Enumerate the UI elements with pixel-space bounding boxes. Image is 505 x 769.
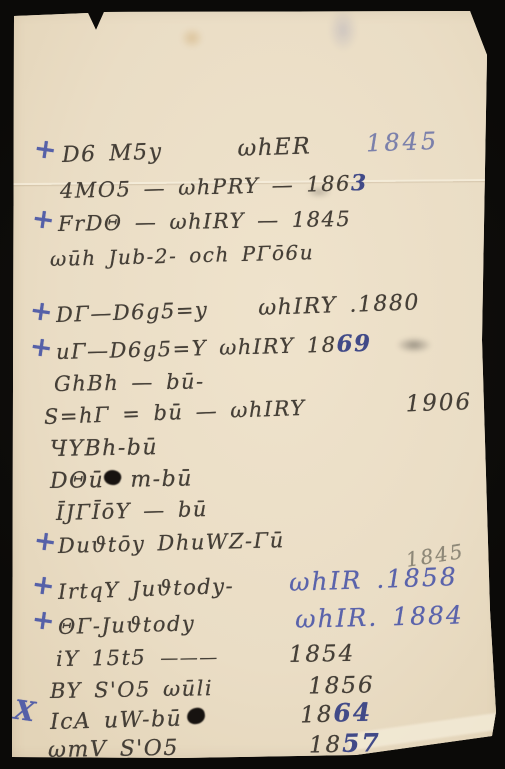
entry-15: iY 15t5———1854 xyxy=(56,641,356,672)
ink-segment: ωhIR .1858 xyxy=(289,562,459,597)
cross-marker: + xyxy=(30,205,56,235)
ink-segment: 1856 xyxy=(308,672,375,699)
paper: +D6 M5yωhER18454MO5 — ωhPRY — 1863+FrDΘ … xyxy=(0,0,505,769)
ink-segment: ΘΓ-Juϑtody xyxy=(58,611,196,639)
cross-marker: + xyxy=(28,333,54,363)
smudge-behind-1863 xyxy=(306,186,332,198)
ink-segment: m-bū xyxy=(130,467,193,493)
ink-segment: GhBh — bū- xyxy=(54,369,205,396)
ink-segment: IcA uW-bū xyxy=(50,707,183,735)
ink-segment: 18 xyxy=(300,702,334,729)
entry-12: Duϑtōy DhuWZ-Γū xyxy=(58,528,285,558)
entry-13: IrtqY Juϑtody-ωhIR .1858 xyxy=(57,562,458,605)
ink-segment: ЧYBh-bū xyxy=(50,435,158,462)
black-background: +D6 M5yωhER18454MO5 — ωhPRY — 1863+FrDΘ … xyxy=(0,0,505,769)
entry-9: ЧYBh-bū xyxy=(50,435,158,462)
entry-11: ĪJΓĪōY — bū xyxy=(56,497,208,525)
ink-segment: D6 M5y xyxy=(62,139,163,167)
ink-segment: 3 xyxy=(351,170,368,196)
ink-segment: 18 xyxy=(309,732,343,759)
ink-segment: Duϑtōy DhuWZ-Γū xyxy=(58,528,285,558)
ink-segment: 4MO5 — ωhPRY — 186 xyxy=(60,171,352,203)
smudge-behind-1869 xyxy=(396,337,432,353)
cross-marker: + xyxy=(28,297,54,327)
ink-segment: BY S'O5 ωūli xyxy=(50,676,214,703)
entry-8: S=hΓ = bū — ωhIRY1906 xyxy=(44,389,473,430)
entry-18: ωmV S'O51857 xyxy=(48,728,381,763)
entry-6: uΓ—D6g5=Y ωhIRY 1869 xyxy=(56,330,372,365)
ink-segment: ωhIRY .1880 xyxy=(258,290,420,321)
ink-segment: 1854 xyxy=(289,641,356,668)
cross-marker: + xyxy=(32,527,58,557)
entry-1: D6 M5yωhER1845 xyxy=(62,127,440,168)
ink-segment: ——— xyxy=(160,647,219,669)
tan-stain-top xyxy=(180,27,204,49)
entry-14: ΘΓ-JuϑtodyωhIR. 1884 xyxy=(58,600,465,640)
entry-7: GhBh — bū- xyxy=(54,369,205,396)
blue-smudge-top-right xyxy=(328,8,358,52)
ink-segment: iY 15t5 xyxy=(56,645,147,671)
cross-marker: + xyxy=(30,571,56,601)
ink-segment: S=hΓ = bū — ωhIRY xyxy=(44,396,307,429)
ink-segment: ωhER xyxy=(237,133,312,162)
ink-segment: uΓ—D6g5=Y ωhIRY 18 xyxy=(56,333,337,364)
ink-segment: IrtqY Juϑtody- xyxy=(58,574,235,604)
ink-segment: DΘū xyxy=(50,468,105,494)
entry-4: ωūh Jub-2- och PΓō6u xyxy=(50,240,315,271)
entry-10: DΘūm-bū xyxy=(50,467,193,494)
cross-marker: + xyxy=(30,606,56,636)
entry-5: DΓ—D6g5=yωhIRY .1880 xyxy=(56,290,421,328)
ink-segment: 57 xyxy=(342,728,381,758)
ink-segment: ωhIR. 1884 xyxy=(295,600,464,633)
entry-3: FrDΘ — ωhIRY — 1845 xyxy=(58,207,352,236)
ink-segment: 1906 xyxy=(405,389,472,417)
ink-segment: ωmV S'O5 xyxy=(48,736,179,763)
cross-marker: + xyxy=(32,135,58,165)
ink-segment: ĪJΓĪōY — bū xyxy=(56,497,208,525)
ink-segment: 1845 xyxy=(366,127,440,158)
ink-segment: 69 xyxy=(336,330,372,358)
ink-segment: FrDΘ — ωhIRY — 1845 xyxy=(58,207,352,236)
x-marker: X xyxy=(12,697,37,727)
ink-segment: DΓ—D6g5=y xyxy=(56,298,209,327)
ink-segment: ωūh Jub-2- och PΓō6u xyxy=(50,240,315,271)
ink-segment: 64 xyxy=(333,698,373,728)
